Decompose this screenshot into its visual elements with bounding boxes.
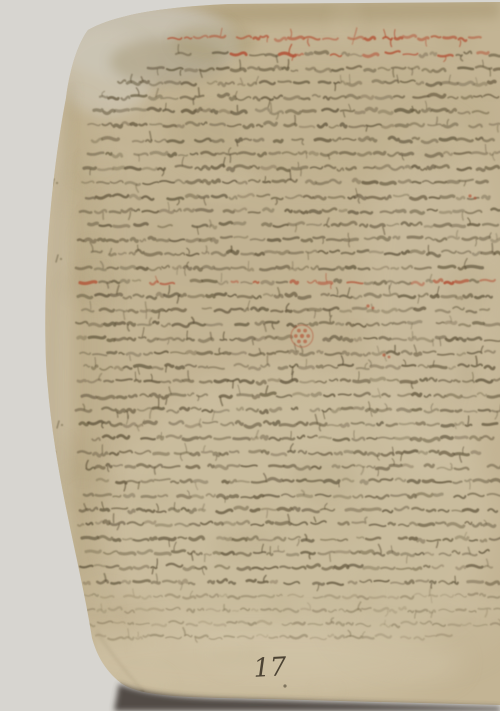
page-number-dot [283, 684, 286, 687]
manuscript-page: 17 [0, 0, 500, 711]
page-number: 17 [253, 652, 288, 684]
manuscript-photo: 17 [0, 0, 500, 711]
